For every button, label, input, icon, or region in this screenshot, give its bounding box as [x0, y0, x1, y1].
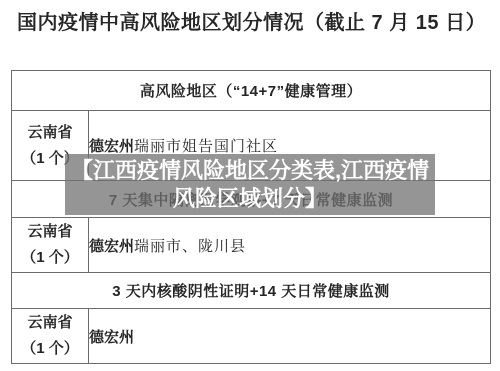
section-3-area-cell: 德宏州 [89, 309, 491, 364]
risk-table: 高风险地区（“14+7”健康管理） 云南省 （1 个） 德宏州瑞丽市姐告国门社区… [11, 70, 491, 364]
section-2-area-prefix: 德宏州 [89, 238, 134, 255]
watermark-line-2: 风险区域划分】 [173, 185, 327, 213]
section-3-province-cell: 云南省 （1 个） [12, 309, 89, 364]
section-2-province-count: （1 个） [12, 245, 88, 271]
page-title: 国内疫情中高风险地区划分情况（截止 7 月 15 日） [17, 6, 486, 35]
watermark-line-1: 【江西疫情风险地区分类表,江西疫情 [71, 157, 429, 185]
section-1-area-prefix: 德宏州 [89, 138, 134, 155]
section-1-policy-header: 高风险地区（“14+7”健康管理） [12, 71, 491, 111]
section-3-province-count: （1 个） [12, 336, 88, 362]
page: 国内疫情中高风险地区划分情况（截止 7 月 15 日） 高风险地区（“14+7”… [0, 0, 500, 371]
section-2-area-cell: 德宏州瑞丽市、陇川县 [89, 218, 491, 273]
watermark-overlay: 【江西疫情风险地区分类表,江西疫情 风险区域划分】 [65, 154, 435, 215]
section-1-area-rest: 瑞丽市姐告国门社区 [134, 138, 278, 155]
section-1-policy-row: 高风险地区（“14+7”健康管理） [12, 71, 491, 111]
section-3-area-prefix: 德宏州 [89, 329, 134, 346]
section-3-policy-row: 3 天内核酸阴性证明+14 天日常健康监测 [12, 273, 491, 309]
section-2-province-name: 云南省 [12, 219, 88, 245]
section-2-province-cell: 云南省 （1 个） [12, 218, 89, 273]
section-2-data-row: 云南省 （1 个） 德宏州瑞丽市、陇川县 [12, 218, 491, 273]
section-3-policy-header: 3 天内核酸阴性证明+14 天日常健康监测 [12, 273, 491, 309]
section-3-province-name: 云南省 [12, 310, 88, 336]
section-1-province-name: 云南省 [12, 120, 88, 146]
section-3-data-row: 云南省 （1 个） 德宏州 [12, 309, 491, 364]
section-2-area-rest: 瑞丽市、陇川县 [134, 238, 246, 255]
